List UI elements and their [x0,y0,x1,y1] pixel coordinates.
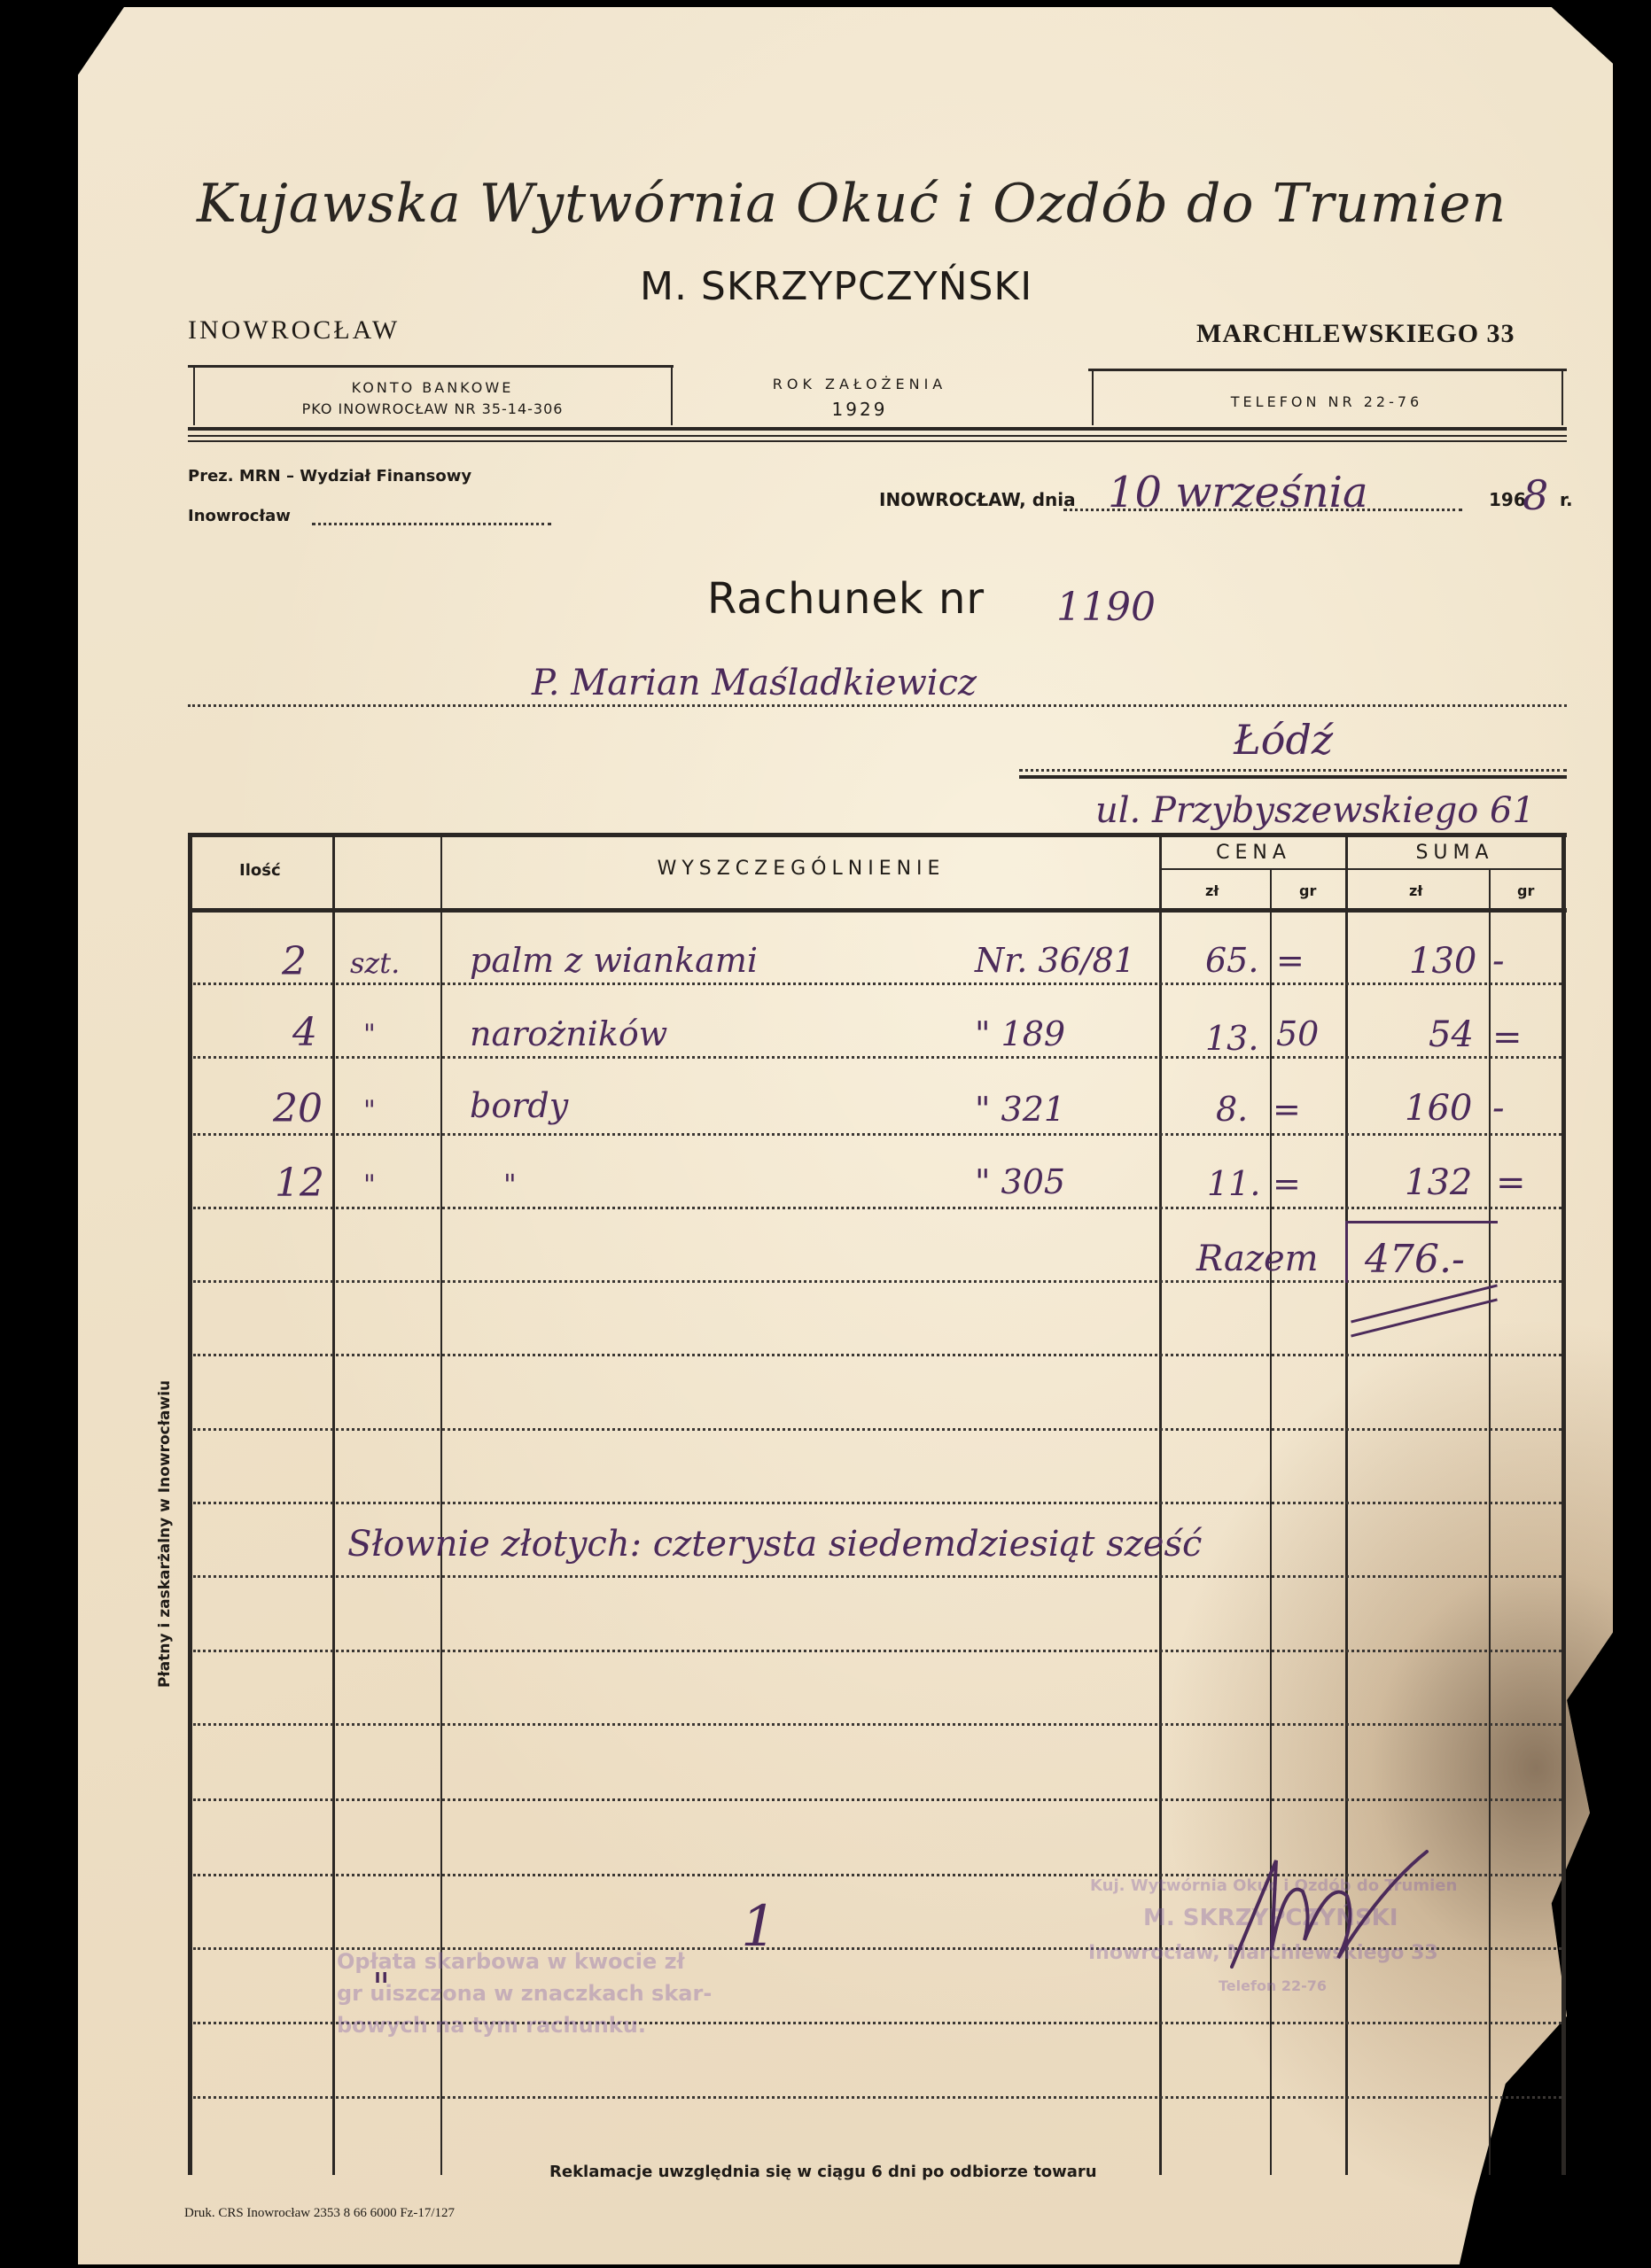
row-line-4 [193,1207,1561,1209]
total-box-top [1345,1221,1498,1223]
founded-year: 1929 [674,399,1046,420]
header-price-gr: gr [1299,882,1316,899]
bank-box-top [188,365,674,368]
complaint-note: Reklamacje uwzględnia się w ciągu 6 dni … [549,2163,1097,2181]
bank-account: PKO INOWROCŁAW NR 35-14-306 [195,400,670,417]
col-divider-desc [440,837,442,2175]
recipient-dotted-line [312,523,551,525]
table-header-rule [188,908,1567,913]
row3-price-zl: 8. [1216,1090,1248,1129]
phone-number: TELEFON NR 22-76 [1094,393,1560,410]
row-line-3 [193,1133,1561,1136]
buyer-city-rule [1019,775,1567,779]
row-line-11 [193,1723,1561,1726]
buyer-city-handwritten: Łódź [1234,716,1333,764]
year-prefix: 196 [1489,489,1526,510]
recipient-office: Prez. MRN – Wydział Finansowy [188,467,471,485]
buyer-street-handwritten: ul. Przybyszewskiego 61 [1095,790,1535,831]
letterhead-rule-2 [188,435,1567,437]
table-top-rule [188,833,1567,837]
header-price-zl: zł [1205,882,1219,899]
row-line-9 [193,1575,1561,1578]
row2-price-zl: 13. [1205,1019,1258,1058]
signature-icon [1223,1843,1507,1984]
total-box-left [1345,1221,1348,1283]
row1-sum-zl: 130 [1409,941,1476,982]
phone-box-right [1561,370,1563,425]
row2-unit: " [363,1019,376,1050]
row1-qty: 2 [282,939,307,984]
row2-ref: " 189 [975,1014,1065,1053]
phone-box-top [1088,369,1567,371]
row4-ref: " 305 [975,1162,1065,1201]
row3-qty: 20 [273,1086,323,1131]
total-value-handwritten: 476.- [1365,1237,1465,1282]
row4-price-gr: = [1273,1164,1301,1203]
row-line-12 [193,1798,1561,1801]
row1-price-gr: = [1276,941,1304,980]
row3-ref: " 321 [975,1090,1065,1129]
row1-ref: Nr. 36/81 [975,941,1135,980]
row2-qty: 4 [292,1010,317,1055]
company-name-script: Kujawska Wytwórnia Okuć i Ozdób do Trumi… [197,173,1507,235]
table-right-border [1561,837,1566,2175]
row4-desc: " [503,1168,517,1201]
tax-stamp-line2: gr uiszczona w znaczkach skar- [337,1981,712,2006]
buyer-name-line [188,704,1567,707]
buyer-name-handwritten: P. Marian Maśladkiewicz [532,663,977,703]
tax-stamp-line3: bowych na tym rachunku. [337,2013,646,2038]
bank-box-right [671,367,673,425]
header-sum-gr: gr [1517,882,1534,899]
row-line-7 [193,1428,1561,1431]
col-divider-unit [332,837,335,2175]
buyer-city-line [1019,769,1567,772]
col-divider-price [1159,837,1162,2175]
table-left-border [188,837,192,2175]
row2-desc: narożników [470,1014,667,1053]
recipient-city: Inowrocław [188,507,291,525]
row2-sum-zl: 54 [1429,1014,1474,1055]
row4-sum-zl: 132 [1405,1162,1472,1203]
row1-desc: palm z wiankami [470,941,758,980]
row2-price-gr: 50 [1276,1014,1319,1053]
row3-sum-zl: 160 [1405,1088,1472,1129]
row3-unit: " [363,1095,376,1126]
row-line-6 [193,1354,1561,1356]
year-suffix: r. [1560,489,1573,510]
owner-name: M. SKRZYPCZYŃSKI [640,264,1032,309]
row-line-1 [193,983,1561,985]
bottom-mark-one: 1 [741,1894,777,1960]
price-subheader-rule [1162,868,1345,870]
invoice-number-handwritten: 1190 [1056,585,1156,630]
bank-label: KONTO BANKOWE [195,379,670,396]
row3-sum-gr: - [1492,1088,1505,1129]
row4-sum-gr: = [1496,1162,1526,1203]
header-sum-zl: zł [1409,882,1422,899]
header-price: CENA [1162,842,1345,864]
letterhead-rule-1 [188,427,1567,431]
row3-price-gr: = [1273,1090,1301,1129]
header-description: WYSZCZEGÓLNIENIE [443,858,1159,880]
row2-sum-gr: = [1492,1017,1523,1058]
letterhead-street: MARCHLEWSKIEGO 33 [1196,319,1515,349]
row4-unit: " [363,1169,376,1200]
row4-qty: 12 [275,1161,324,1206]
letterhead-city: INOWROCŁAW [188,315,400,346]
row-line-16 [193,2096,1561,2099]
tax-stamp-line1: Opłata skarbowa w kwocie zł [337,1949,684,1974]
year-digit-handwritten: 8 [1523,471,1548,519]
row4-price-zl: 11. [1207,1164,1260,1203]
side-jurisdiction-note: Płatny i zaskarżalny w Inowrocławiu [156,1380,174,1688]
total-label-handwritten: Razem [1196,1239,1319,1279]
founded-label: ROK ZAŁOŻENIA [674,376,1046,392]
sum-subheader-rule [1348,868,1561,870]
header-total: SUMA [1348,842,1561,864]
date-handwritten: 10 września [1108,468,1368,517]
amount-in-words-handwritten: Słownie złotych: czterysta siedemdziesią… [347,1524,1202,1565]
printer-imprint: Druk. CRS Inowrocław 2353 8 66 6000 Fz-1… [184,2206,455,2221]
header-qty: Ilość [239,861,281,880]
row-line-5 [193,1280,1561,1283]
row-line-8 [193,1502,1561,1504]
row-line-10 [193,1650,1561,1652]
letterhead-rule-3 [188,440,1567,442]
date-prefix: INOWROCŁAW, dnia [879,489,1076,510]
row1-unit: szt. [350,946,400,980]
row1-price-zl: 65. [1205,941,1258,980]
row3-desc: bordy [470,1086,568,1125]
invoice-title: Rachunek nr [707,574,985,624]
row-line-2 [193,1056,1561,1059]
row1-sum-gr: - [1492,941,1505,982]
